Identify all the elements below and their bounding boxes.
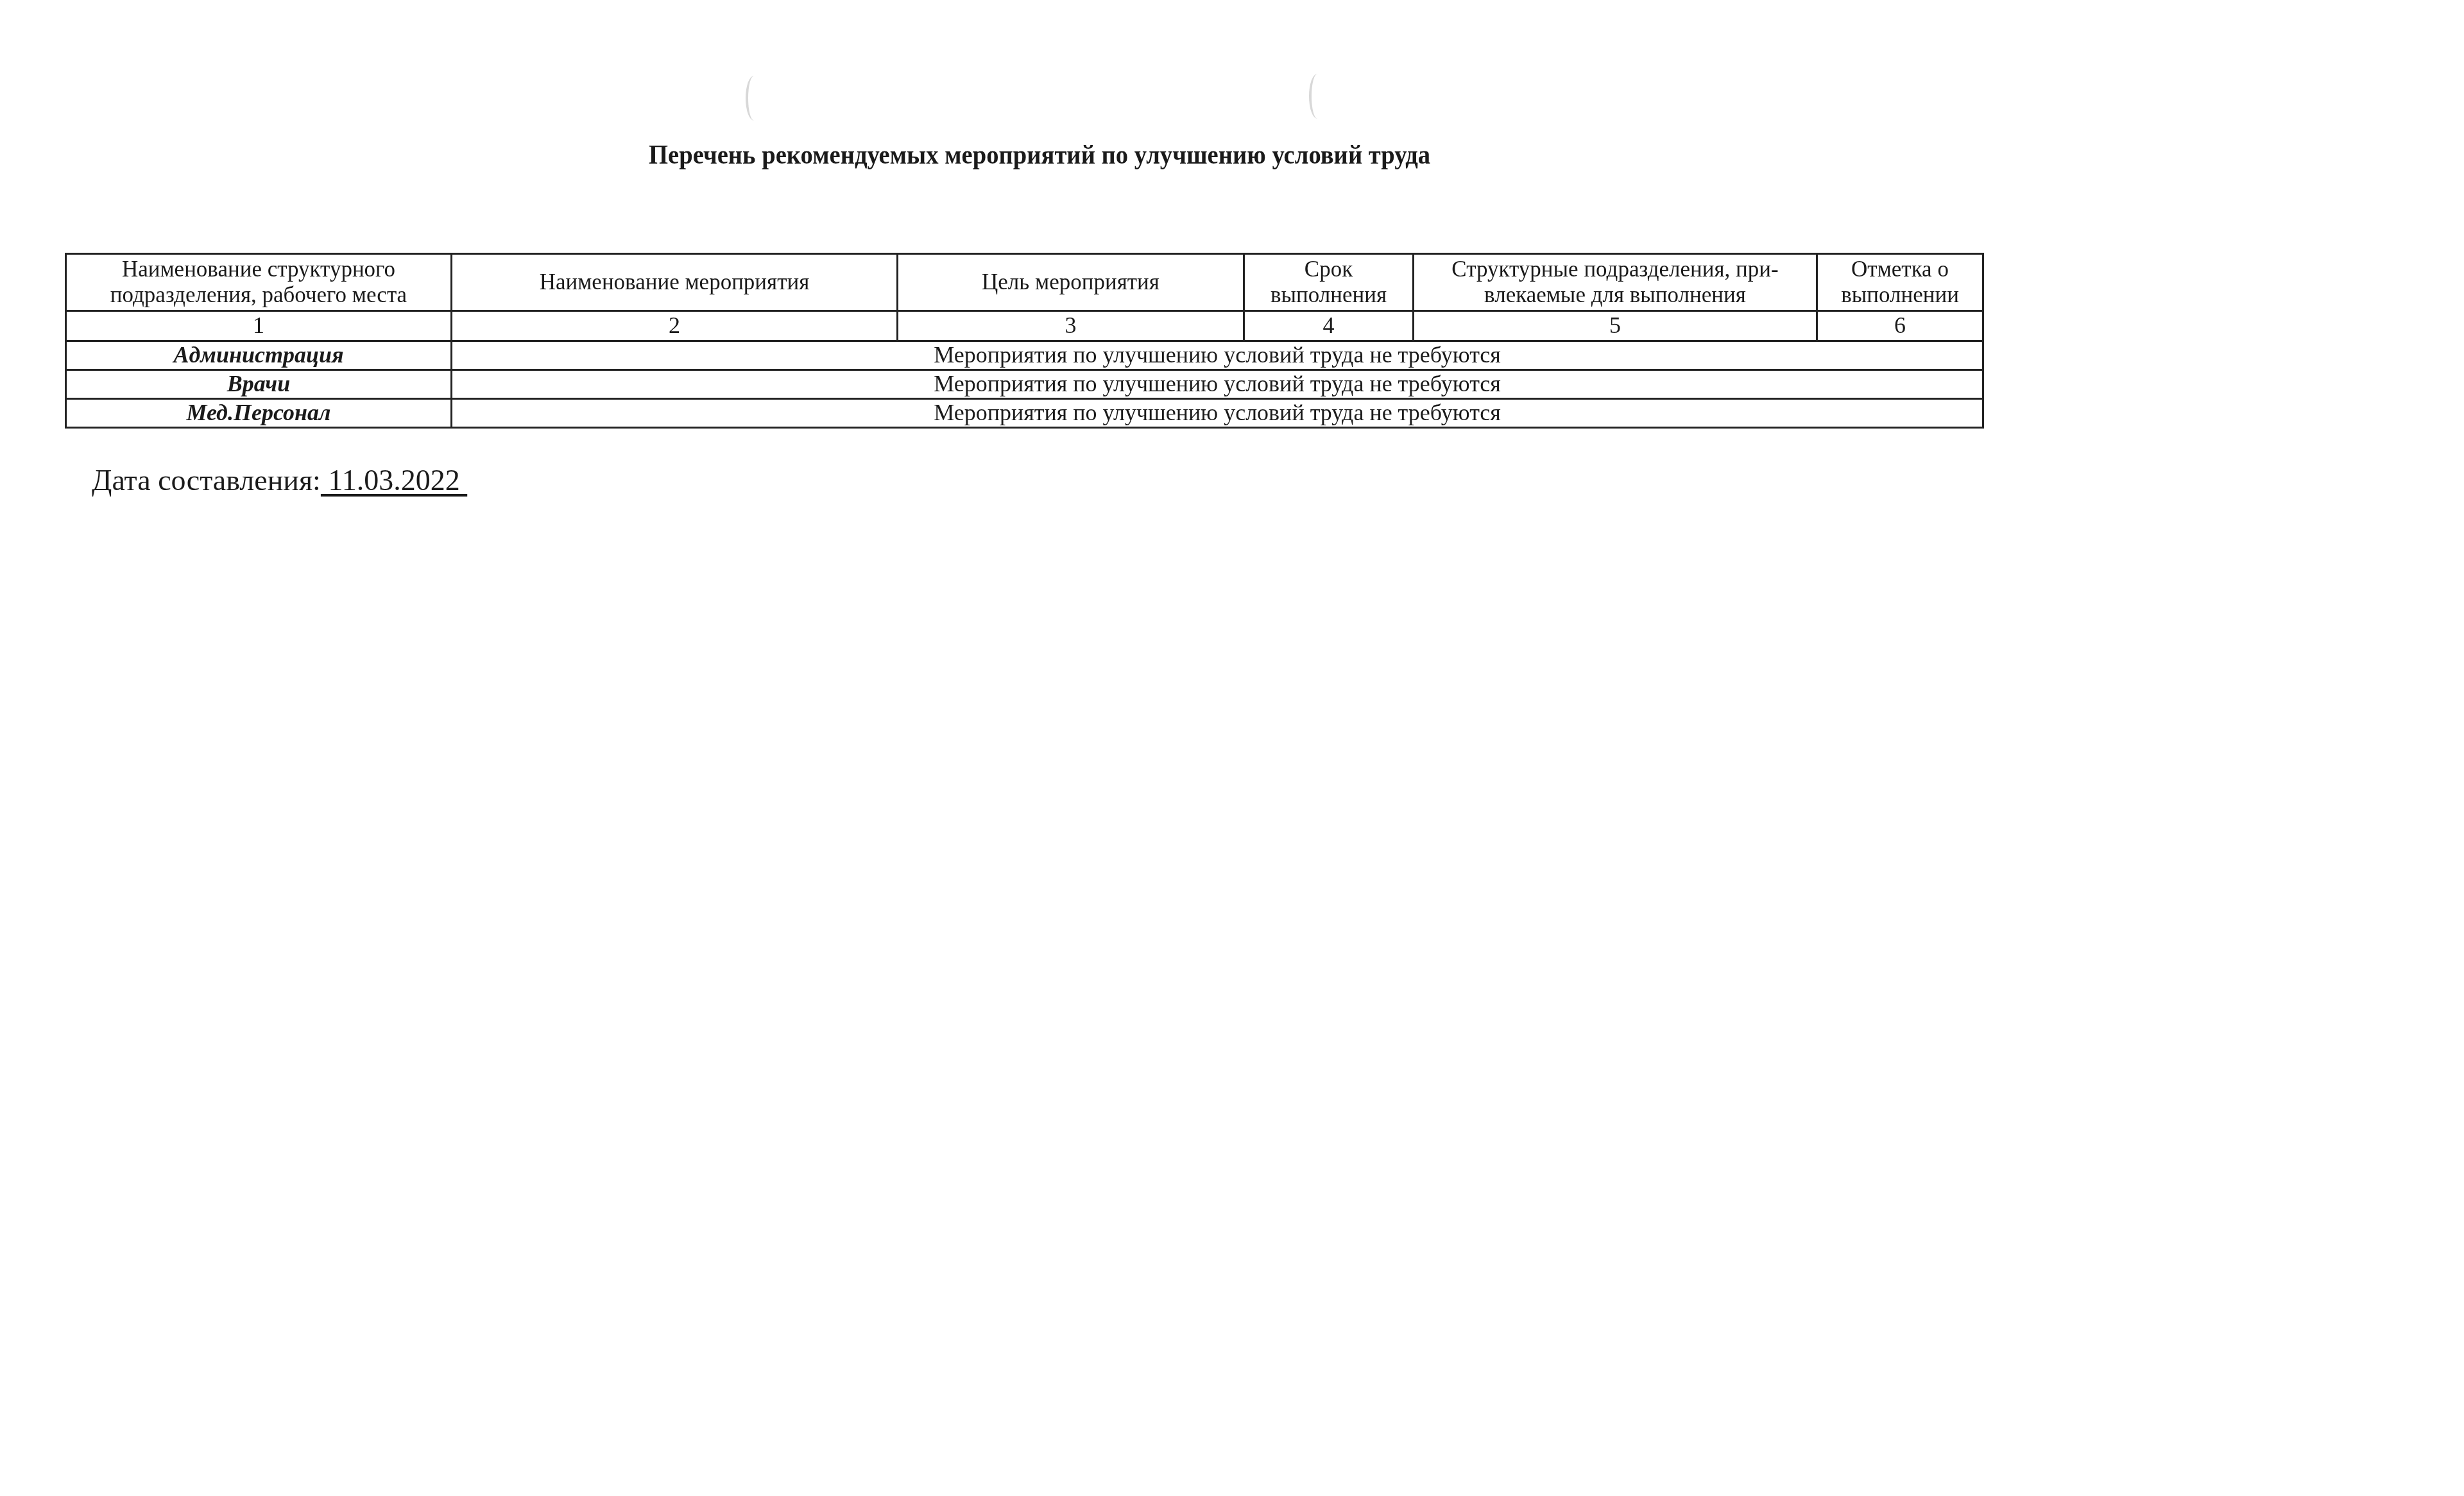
column-header-unit: Наименование структурного подразделения,…	[66, 254, 452, 311]
document-title: Перечень рекомендуемых мероприятий по ул…	[83, 140, 1996, 171]
table-row: Администрация Мероприятия по улучшению у…	[66, 341, 1983, 370]
unit-name: Администрация	[66, 341, 452, 370]
table-row: Мед.Персонал Мероприятия по улучшению ус…	[66, 399, 1983, 428]
column-number: 4	[1244, 311, 1414, 341]
column-header-completion-mark: Отметка о выполнении	[1817, 254, 1983, 311]
table-row: Врачи Мероприятия по улучшению условий т…	[66, 370, 1983, 399]
date-label: Дата составления:	[92, 464, 321, 497]
date-value: 11.03.2022	[321, 464, 467, 497]
compilation-date: Дата составления: 11.03.2022	[92, 463, 467, 497]
table-header-row: Наименование структурного подразделения,…	[66, 254, 1983, 311]
column-number: 2	[452, 311, 898, 341]
row-note: Мероприятия по улучшению условий труда н…	[452, 370, 1983, 399]
column-header-involved-units: Структурные подразделения, при-влекаемые…	[1414, 254, 1817, 311]
column-number: 3	[898, 311, 1244, 341]
scan-hole-mark-left	[746, 76, 762, 121]
column-number: 5	[1414, 311, 1817, 341]
column-header-measure: Наименование мероприятия	[452, 254, 898, 311]
column-number: 1	[66, 311, 452, 341]
unit-name: Мед.Персонал	[66, 399, 452, 428]
column-header-deadline: Срок выполнения	[1244, 254, 1414, 311]
unit-name: Врачи	[66, 370, 452, 399]
measures-table: Наименование структурного подразделения,…	[65, 253, 1984, 429]
column-number: 6	[1817, 311, 1983, 341]
row-note: Мероприятия по улучшению условий труда н…	[452, 399, 1983, 428]
scan-hole-mark-right	[1309, 74, 1326, 119]
row-note: Мероприятия по улучшению условий труда н…	[452, 341, 1983, 370]
column-numbers-row: 1 2 3 4 5 6	[66, 311, 1983, 341]
column-header-goal: Цель мероприятия	[898, 254, 1244, 311]
